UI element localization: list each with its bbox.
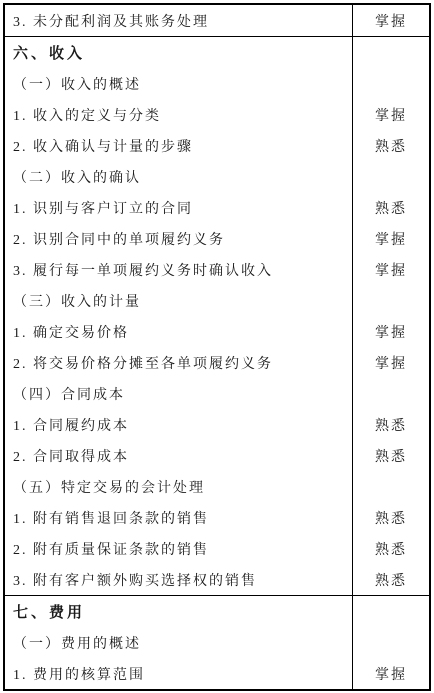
- table-row: （五）特定交易的会计处理: [5, 471, 429, 502]
- mastery-level-cell: [352, 471, 429, 502]
- topic-cell: 2. 识别合同中的单项履约义务: [5, 223, 352, 254]
- topic-cell: 3. 履行每一单项履约义务时确认收入: [5, 254, 352, 285]
- topic-cell: 3. 附有客户额外购买选择权的销售: [5, 564, 352, 595]
- table-row: 1. 收入的定义与分类掌握: [5, 99, 429, 130]
- mastery-level-cell: 熟悉: [352, 533, 429, 564]
- table-row: 1. 确定交易价格掌握: [5, 316, 429, 347]
- topic-cell: 1. 确定交易价格: [5, 316, 352, 347]
- mastery-level-cell: 熟悉: [352, 502, 429, 533]
- topic-cell: （四）合同成本: [5, 378, 352, 409]
- document-page: 3. 未分配利润及其账务处理掌握六、收入（一）收入的概述1. 收入的定义与分类掌…: [0, 0, 434, 691]
- mastery-level-cell: 掌握: [352, 316, 429, 347]
- table-row: （三）收入的计量: [5, 285, 429, 316]
- table-row: 1. 附有销售退回条款的销售熟悉: [5, 502, 429, 533]
- topic-cell: 1. 收入的定义与分类: [5, 99, 352, 130]
- topic-cell: （二）收入的确认: [5, 161, 352, 192]
- topic-cell: 1. 合同履约成本: [5, 409, 352, 440]
- section-title-row: 六、收入: [5, 37, 429, 68]
- topic-cell: （一）收入的概述: [5, 68, 352, 99]
- mastery-level-cell: 熟悉: [352, 130, 429, 161]
- table-row: 2. 识别合同中的单项履约义务掌握: [5, 223, 429, 254]
- mastery-level-cell: [352, 161, 429, 192]
- mastery-level-cell: 熟悉: [352, 440, 429, 471]
- topic-cell: 3. 未分配利润及其账务处理: [5, 5, 352, 36]
- topic-cell: （五）特定交易的会计处理: [5, 471, 352, 502]
- topic-cell: 2. 将交易价格分摊至各单项履约义务: [5, 347, 352, 378]
- mastery-level-cell: 熟悉: [352, 564, 429, 595]
- table-row: 2. 收入确认与计量的步骤熟悉: [5, 130, 429, 161]
- table-section: 六、收入（一）收入的概述1. 收入的定义与分类掌握2. 收入确认与计量的步骤熟悉…: [5, 37, 429, 596]
- table-row: （二）收入的确认: [5, 161, 429, 192]
- topic-cell: 1. 附有销售退回条款的销售: [5, 502, 352, 533]
- mastery-level-cell: 掌握: [352, 347, 429, 378]
- table-row: （一）收入的概述: [5, 68, 429, 99]
- table-row: 3. 履行每一单项履约义务时确认收入掌握: [5, 254, 429, 285]
- table-row: （一）费用的概述: [5, 627, 429, 658]
- mastery-level-cell: [352, 627, 429, 658]
- table-row: 1. 识别与客户订立的合同熟悉: [5, 192, 429, 223]
- topic-cell: 2. 合同取得成本: [5, 440, 352, 471]
- mastery-level-cell: 掌握: [352, 99, 429, 130]
- mastery-level-cell: [352, 37, 429, 68]
- table-row: 3. 未分配利润及其账务处理掌握: [5, 5, 429, 36]
- table-row: 1. 合同履约成本熟悉: [5, 409, 429, 440]
- topic-cell: 1. 费用的核算范围: [5, 658, 352, 689]
- topic-cell: 七、费用: [5, 596, 352, 627]
- table-row: 2. 将交易价格分摊至各单项履约义务掌握: [5, 347, 429, 378]
- table-row: （四）合同成本: [5, 378, 429, 409]
- topic-cell: （一）费用的概述: [5, 627, 352, 658]
- mastery-level-cell: 掌握: [352, 5, 429, 36]
- mastery-level-cell: 熟悉: [352, 192, 429, 223]
- mastery-level-cell: 掌握: [352, 658, 429, 689]
- table-row: 1. 费用的核算范围掌握: [5, 658, 429, 689]
- mastery-level-cell: [352, 596, 429, 627]
- table-section: 七、费用（一）费用的概述1. 费用的核算范围掌握: [5, 596, 429, 689]
- topic-cell: 1. 识别与客户订立的合同: [5, 192, 352, 223]
- topic-cell: 六、收入: [5, 37, 352, 68]
- topic-cell: 2. 附有质量保证条款的销售: [5, 533, 352, 564]
- table-row: 3. 附有客户额外购买选择权的销售熟悉: [5, 564, 429, 595]
- mastery-level-cell: [352, 68, 429, 99]
- topic-cell: （三）收入的计量: [5, 285, 352, 316]
- table-section: 3. 未分配利润及其账务处理掌握: [5, 5, 429, 37]
- topic-cell: 2. 收入确认与计量的步骤: [5, 130, 352, 161]
- section-title-row: 七、费用: [5, 596, 429, 627]
- mastery-level-cell: 熟悉: [352, 409, 429, 440]
- mastery-level-cell: [352, 285, 429, 316]
- mastery-level-cell: [352, 378, 429, 409]
- mastery-level-cell: 掌握: [352, 254, 429, 285]
- syllabus-table: 3. 未分配利润及其账务处理掌握六、收入（一）收入的概述1. 收入的定义与分类掌…: [3, 3, 431, 691]
- table-row: 2. 附有质量保证条款的销售熟悉: [5, 533, 429, 564]
- mastery-level-cell: 掌握: [352, 223, 429, 254]
- table-row: 2. 合同取得成本熟悉: [5, 440, 429, 471]
